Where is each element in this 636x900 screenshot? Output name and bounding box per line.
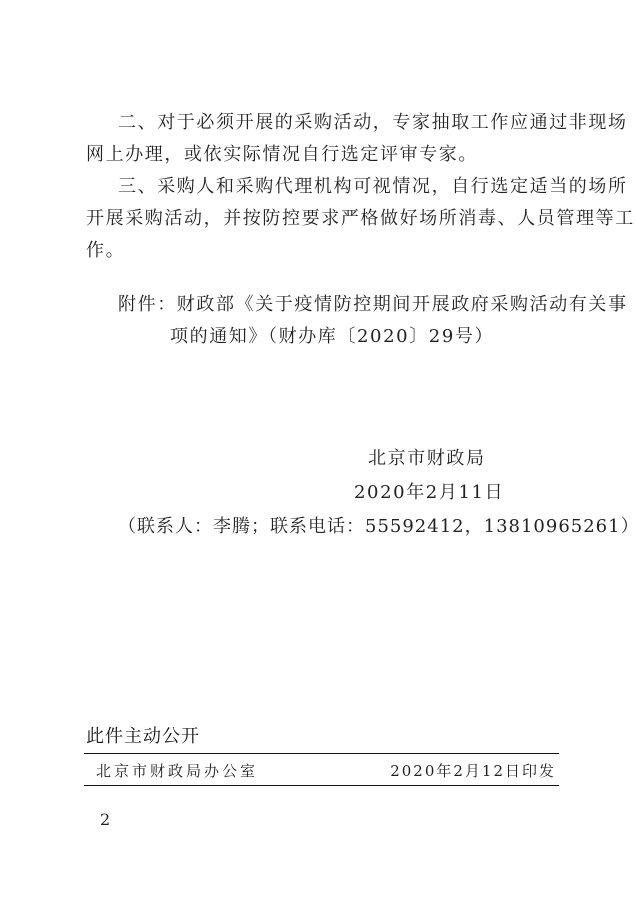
disclosure-label: 此件主动公开 <box>86 722 200 748</box>
issue-date: 2020年2月12日印发 <box>390 760 556 781</box>
footer-top-rule <box>84 753 559 754</box>
attachment-line-1: 附件：财政部《关于疫情防控期间开展政府采购活动有关事 <box>118 290 628 316</box>
paragraph-3-line-1: 三、采购人和采购代理机构可视情况，自行选定适当的场所 <box>118 172 628 198</box>
paragraph-2-line-2: 网上办理，或依实际情况自行选定评审专家。 <box>86 140 478 166</box>
attachment-line-2: 项的通知》（财办库〔2020〕29号） <box>170 322 494 348</box>
signature-date: 2020年2月11日 <box>354 478 504 504</box>
paragraph-3-line-2: 开展采购活动，并按防控要求严格做好场所消毒、人员管理等工 <box>86 204 635 230</box>
paragraph-3-line-3: 作。 <box>86 236 125 262</box>
signature-contact: （联系人：李腾；联系电话：55592412，13810965261） <box>118 512 636 538</box>
signature-issuer: 北京市财政局 <box>368 444 486 470</box>
page-number: 2 <box>100 810 110 829</box>
paragraph-2-line-1: 二、对于必须开展的采购活动，专家抽取工作应通过非现场 <box>118 108 628 134</box>
footer-bottom-rule <box>84 785 559 786</box>
issuing-office: 北京市财政局办公室 <box>96 760 258 781</box>
